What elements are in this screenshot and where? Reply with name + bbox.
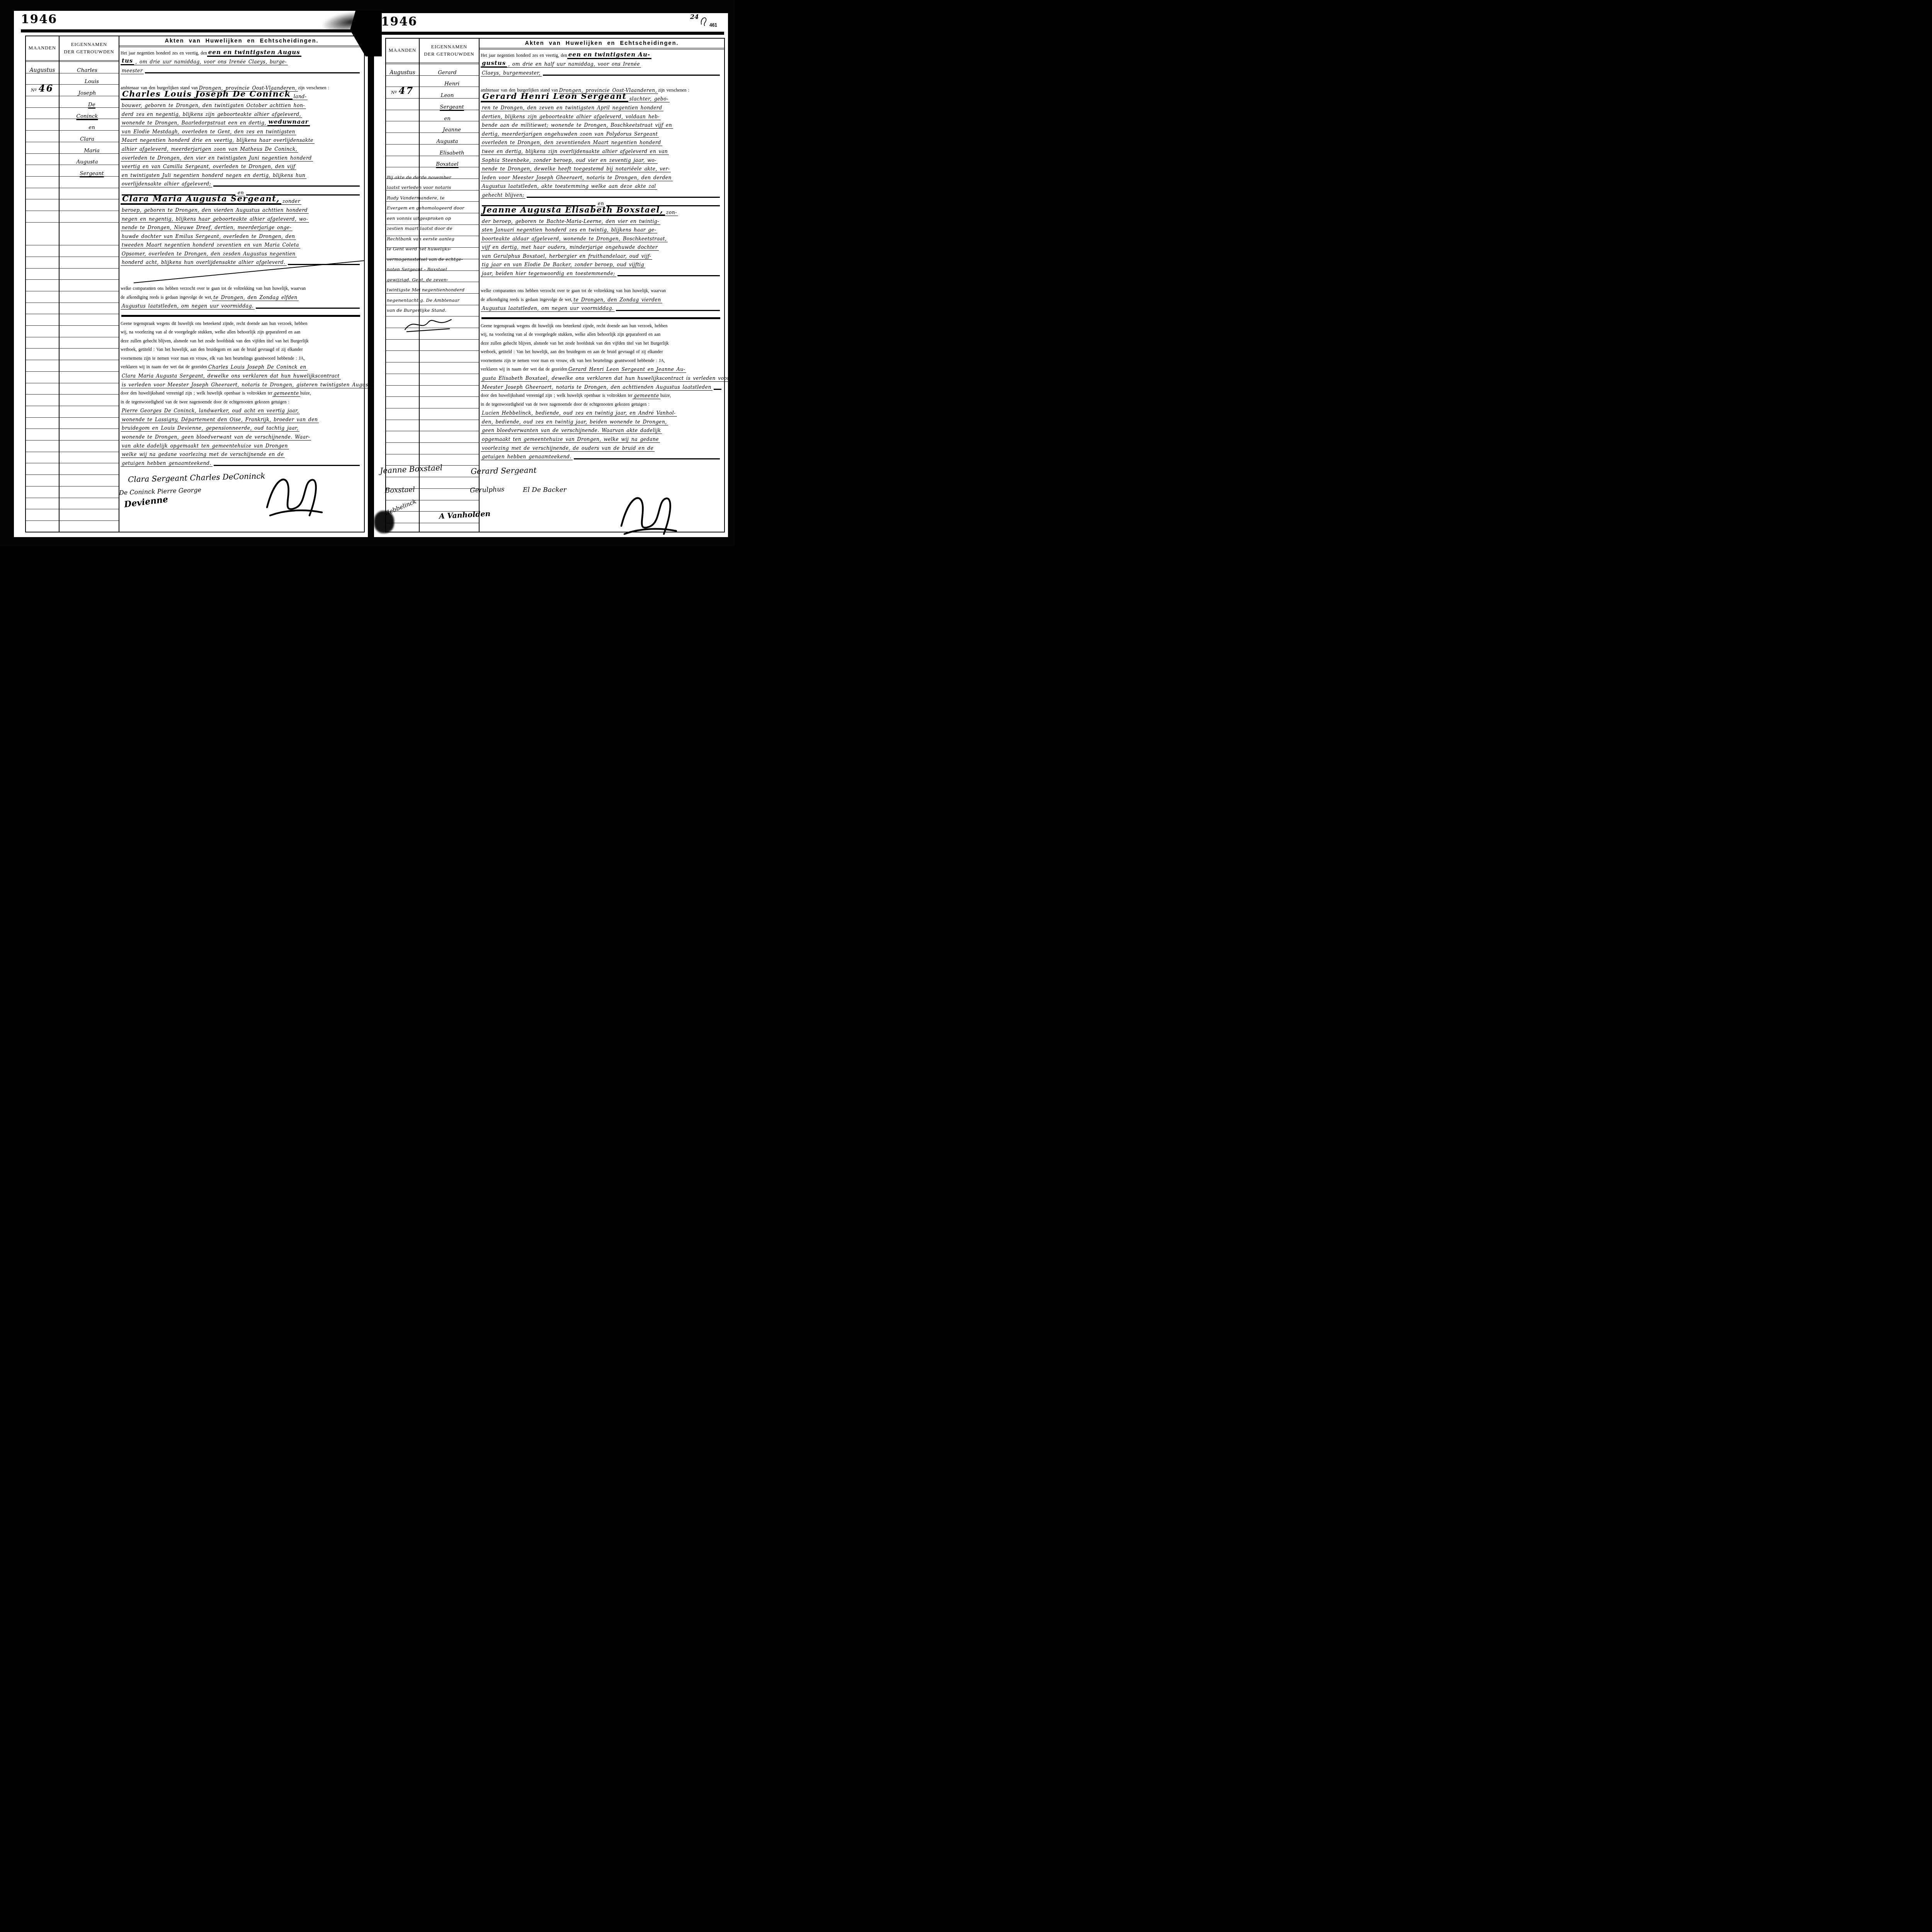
margin-note-line: gewijzigd. Gent, de zeven- xyxy=(387,272,476,282)
act-line: ren te Drongen, den zeven en twintigsten… xyxy=(481,102,721,111)
ink-blot xyxy=(374,511,394,533)
handwritten-text: derd zes en negentig, blijkens zijn gebo… xyxy=(121,111,302,118)
act-line: meester xyxy=(121,65,361,74)
act-line: gusta Elisabeth Boxstael, dewelke ons ve… xyxy=(481,373,721,382)
printed-text: door den huwelijksband vereenigd zijn ; … xyxy=(481,393,633,399)
act-line xyxy=(481,277,721,286)
ink-filler-line xyxy=(481,317,720,319)
act-line: Clara Maria Augusta Sergeant, dewelke on… xyxy=(121,371,361,379)
printed-text: de afkondiging reeds is gedaan ingevolge… xyxy=(481,298,572,303)
column-header-acts: Akten van Huwelijken en Echtscheidingen. xyxy=(119,36,364,47)
page-stamp-number: 461 xyxy=(709,22,717,28)
margin-note-line: een vonnis uitgesproken op xyxy=(387,211,476,221)
spouse-name: Louis xyxy=(62,73,121,85)
column-months-left: MAANDEN Augustus Nº 46 xyxy=(26,36,60,532)
printed-text: deze zullen gehecht blijven, alsmede van… xyxy=(481,341,669,347)
act-line: leden voor Meester Joseph Gheeraert, not… xyxy=(481,172,721,181)
act-line: en twintigsten Juli negentien honderd ne… xyxy=(121,170,361,179)
spouse-name: Maria xyxy=(62,142,121,154)
act-line: de afkondiging reeds is gedaan ingevolge… xyxy=(121,292,361,301)
act-line: Clara Maria Augusta Sergeant, zonder xyxy=(121,196,361,205)
act-line: Augustus laatstleden, om negen uur voorm… xyxy=(121,301,361,310)
column-header-months: MAANDEN xyxy=(26,36,59,62)
column-header-names-line1: EIGENNAMEN xyxy=(71,41,107,48)
ink-filler-line xyxy=(256,308,360,309)
page-left: 1946 MAANDEN Augustus Nº 46 EIGENNAMEN xyxy=(14,11,368,537)
spouse-name: Coninck xyxy=(58,108,117,119)
act-line: den, bediende, oud zes en twintig jaar, … xyxy=(481,417,721,425)
margin-note-line: vermogensstelsel van de echtge- xyxy=(387,252,476,262)
printed-text: welke comparanten ons hebben verzocht ov… xyxy=(121,286,306,292)
handwritten-text: wonende te Drongen, Baarledorpstraat een… xyxy=(121,120,267,126)
act-line: Augustus laatstleden, om negen uur voorm… xyxy=(481,303,721,312)
handwritten-text: tig jaar en van Elodie De Backer, zonder… xyxy=(481,262,645,268)
printed-text: wetboek, getiteld : Van het huwelijk, aa… xyxy=(481,350,663,355)
handwritten-text: Augustus laatstleden, akte toestemming w… xyxy=(481,183,657,190)
act-line: jaar, beiden hier tegenwoordig en toeste… xyxy=(481,268,721,277)
handwritten-text: zonder xyxy=(281,198,301,205)
printed-text: wij, na voorlezing van al de voorgelegde… xyxy=(481,332,660,338)
handwritten-text: welke wij na gedane voorlezing met de ve… xyxy=(121,451,285,458)
act-line xyxy=(481,77,721,85)
act-line xyxy=(121,310,361,318)
act-line: Claeys, burgemeester, xyxy=(481,68,721,77)
act-line: negen en negentig, blijkens haar geboort… xyxy=(121,214,361,223)
column-header-names-right: EIGENNAMEN DER GETROUWDEN xyxy=(420,39,479,64)
act-line: van akte dadelijk opgemaakt ten gemeente… xyxy=(121,440,361,449)
spouse-name: Sergeant xyxy=(62,165,121,177)
act-number-prefix: Nº xyxy=(31,88,37,93)
printed-text: verklaren wij in naam der wet dat de gez… xyxy=(121,365,207,371)
handwritten-text: land- xyxy=(293,94,308,100)
act-line: nende te Drongen, Nieuwe Dreef, dertien,… xyxy=(121,223,361,231)
act-line: Lucien Hebbelinck, bediende, oud zes en … xyxy=(481,408,721,417)
act-line xyxy=(121,275,361,284)
handwritten-text: overleden te Drongen, den zeventienden M… xyxy=(481,139,662,146)
act-line xyxy=(121,266,361,275)
handwritten-text: tus xyxy=(121,57,134,65)
ink-filler-line xyxy=(145,72,360,73)
act-line: van Gerulphus Boxstael, herbergier en fr… xyxy=(481,251,721,260)
handwritten-text: ren te Drongen, den zeven en twintigsten… xyxy=(481,105,663,111)
ink-filler-line xyxy=(616,310,720,311)
mayor-signature-flourish-right xyxy=(612,489,681,539)
act-line: Het jaar negentien honderd zes en veerti… xyxy=(121,48,361,57)
handwritten-text: Augustus laatstleden, om negen uur voorm… xyxy=(481,305,615,312)
handwritten-text: voorlezing met de verschijnende, de oude… xyxy=(481,445,655,452)
handwritten-text: huwde dochter van Emilus Sergeant, overl… xyxy=(121,233,296,240)
printed-text: wij, na voorlezing van al de voorgelegde… xyxy=(121,330,300,336)
act-line: dertig, meerderjarigen ongehuwden zoon v… xyxy=(481,129,721,138)
column-header-acts-label-right: Akten van Huwelijken en Echtscheidingen. xyxy=(525,40,679,46)
act-line: wetboek, getiteld : Van het huwelijk, aa… xyxy=(481,347,721,356)
handwritten-text: boorteakte aldaar afgeleverd, wonende te… xyxy=(481,236,668,242)
act-line: tig jaar en van Elodie De Backer, zonder… xyxy=(481,260,721,269)
act-line: Sophia Steenbeke, zonder beroep, oud vie… xyxy=(481,155,721,164)
printed-text: Geene tegenspraak wegens dit huwelijk on… xyxy=(481,324,667,330)
handwritten-text: dertien, blijkens zijn geboorteakte alhi… xyxy=(481,114,661,120)
act-line: bouwer, geboren te Drongen, den twintigs… xyxy=(121,100,361,109)
act-line: welke comparanten ons hebben verzocht ov… xyxy=(481,286,721,295)
act-line: overleden te Drongen, den vier en twinti… xyxy=(121,153,361,162)
act-line: verklaren wij in naam der wet dat de gez… xyxy=(481,364,721,373)
printed-text: voornemens zijn te nemen voor man en vro… xyxy=(481,359,665,364)
act-line: welke comparanten ons hebben verzocht ov… xyxy=(121,284,361,293)
handwritten-text: veertig en van Camilla Sergeant, overled… xyxy=(121,163,296,170)
handwritten-text: alhier afgeleverd, meerderjarigen zoon v… xyxy=(121,146,298,153)
act-body-right: Het jaar negentien honderd zes en veerti… xyxy=(480,49,724,532)
column-header-acts-label: Akten van Huwelijken en Echtscheidingen. xyxy=(165,38,318,44)
handwritten-text: te Drongen, den Zondag vierden xyxy=(572,297,662,303)
column-header-months-right: MAANDEN xyxy=(386,39,419,64)
handwritten-text: sten Januari negentien honderd zes en tw… xyxy=(481,227,657,233)
act-line: getuigen hebben genaamteekend. xyxy=(481,452,721,461)
act-text-right: Het jaar negentien honderd zes en veerti… xyxy=(480,49,724,460)
signature-groom: Gerard Sergeant xyxy=(471,466,537,476)
margin-note-line: te Gent werd het huwelijks- xyxy=(387,241,476,252)
act-line: is verleden voor Meester Joseph Gheeraer… xyxy=(121,379,361,388)
act-line: Geene tegenspraak wegens dit huwelijk on… xyxy=(121,318,361,327)
printed-text: in de tegenwoordigheid van de twee nagen… xyxy=(481,402,650,408)
handwritten-text: slachter, gebo- xyxy=(628,96,670,102)
handwritten-text: van Gerulphus Boxstael, herbergier en fr… xyxy=(481,253,652,260)
printed-text: zijn verschenen : xyxy=(298,86,329,92)
ink-filler-line xyxy=(121,315,360,317)
act-number-right: Nº 47 xyxy=(386,85,419,96)
handwritten-text: overlijdensakte alhier afgeleverd; xyxy=(121,181,212,187)
handwritten-text: Lucien Hebbelinck, bediende, oud zes en … xyxy=(481,410,677,417)
handwritten-text: gustus xyxy=(481,60,507,68)
handwritten-text: van Elodie Mestdagh, overleden te Gent, … xyxy=(121,129,296,135)
act-line: dertien, blijkens zijn geboorteakte alhi… xyxy=(481,111,721,120)
printed-text: huize, xyxy=(300,391,311,397)
printed-text: deze zullen gehecht blijven, alsmede van… xyxy=(121,339,309,345)
handwritten-text: en twintigsten Juli negentien honderd ne… xyxy=(121,172,306,179)
act-line: Opsomer, overleden te Drongen, den zesde… xyxy=(121,248,361,257)
printed-text: Het jaar negentien honderd zes en veerti… xyxy=(481,53,567,59)
handwritten-text: bouwer, geboren te Drongen, den twintigs… xyxy=(121,102,306,109)
printed-text: verklaren wij in naam der wet dat de gez… xyxy=(481,367,567,373)
margin-note-line: Rechtbank van eerste aanleg xyxy=(387,231,476,241)
margin-note-line: Evergem en gehomologeerd door xyxy=(387,201,476,211)
act-line: voornemens zijn te nemen voor man en vro… xyxy=(121,353,361,362)
spouse-name: Augusta xyxy=(418,133,477,145)
handwritten-text: leden voor Meester Joseph Gheeraert, not… xyxy=(481,175,673,181)
handwritten-text: negen en negentig, blijkens haar geboort… xyxy=(121,216,309,223)
official-signature-flourish xyxy=(403,315,453,333)
margin-note-line: zestien maart laatst door de xyxy=(387,221,476,231)
act-line: welke wij na gedane voorlezing met de ve… xyxy=(121,449,361,458)
act-line: overlijdensakte alhier afgeleverd; xyxy=(121,179,361,188)
spouse-name: Joseph xyxy=(58,85,117,96)
spouse-names-left: CharlesLouisJosephDeConinckenClaraMariaA… xyxy=(60,62,119,532)
act-line: Gerard Henri Leon Sergeant slachter, geb… xyxy=(481,94,721,103)
margin-note-line: Bij akte de derde november xyxy=(387,170,476,180)
handwritten-text: van akte dadelijk opgemaakt ten gemeente… xyxy=(121,443,289,449)
act-body-left: Het jaar negentien honderd zes en veerti… xyxy=(119,47,364,532)
column-header-months-label: MAANDEN xyxy=(29,44,56,52)
act-line: derd zes en negentig, blijkens zijn gebo… xyxy=(121,109,361,118)
act-line: huwde dochter van Emilus Sergeant, overl… xyxy=(121,231,361,240)
register-table-left: MAANDEN Augustus Nº 46 EIGENNAMEN DER GE… xyxy=(25,36,365,532)
act-line: Pierre Georges De Coninck, landwerker, o… xyxy=(121,406,361,415)
ink-filler-line xyxy=(574,458,720,459)
spouse-name: Boxstael xyxy=(418,156,477,168)
spouse-name: De xyxy=(62,96,121,108)
handwritten-text: Gerard Henri Leon Sergeant en Jeanne Au- xyxy=(567,366,686,373)
handwritten-text: geen bloedverwanten van de verschijnende… xyxy=(481,427,662,434)
handwritten-text: Jeanne Augusta Elisabeth Boxstael, xyxy=(481,205,665,216)
column-act-left: Akten van Huwelijken en Echtscheidingen.… xyxy=(119,36,364,532)
handwritten-text: , om drie en half uur namiddag, voor ons… xyxy=(507,61,641,68)
act-line: wetboek, getiteld : Van het huwelijk, aa… xyxy=(121,345,361,354)
printed-text: in de tegenwoordigheid van de twee nagen… xyxy=(121,400,289,406)
margin-note-line: noten Sergeant - Boxstael xyxy=(387,262,476,272)
act-line: wij, na voorlezing van al de voorgelegde… xyxy=(481,330,721,338)
scanned-register-spread: 1946 MAANDEN Augustus Nº 46 EIGENNAMEN xyxy=(0,0,735,546)
handwritten-text: een en twintigsten Augus xyxy=(207,49,301,57)
act-line: geen bloedverwanten van de verschijnende… xyxy=(481,425,721,434)
column-names-left: EIGENNAMEN DER GETROUWDEN CharlesLouisJo… xyxy=(60,36,119,532)
act-line: voorlezing met de verschijnende, de oude… xyxy=(481,443,721,452)
handwritten-text: Claeys, burgemeester, xyxy=(481,70,542,77)
handwritten-text: wonende te Lassigny, Département den Ois… xyxy=(121,417,319,423)
act-line xyxy=(121,74,361,83)
column-header-names-line2: DER GETROUWDEN xyxy=(64,48,114,56)
act-line: wonende te Lassigny, Département den Ois… xyxy=(121,414,361,423)
year-label-right: 1946 xyxy=(381,15,417,29)
page-number-handwritten: 24 xyxy=(690,13,699,20)
act-line: bruidegom en Louis Devienne, gepensionne… xyxy=(121,423,361,432)
column-header-names-line2-right: DER GETROUWDEN xyxy=(424,51,474,58)
months-body-left: Augustus Nº 46 xyxy=(26,62,59,532)
handwritten-text: weduwnaar xyxy=(267,118,310,126)
act-line: in de tegenwoordigheid van de twee nagen… xyxy=(121,397,361,406)
handwritten-text: jaar, beiden hier tegenwoordig en toeste… xyxy=(481,270,616,277)
mayor-signature-flourish xyxy=(257,471,327,521)
month-entry-right: Augustus xyxy=(386,64,419,76)
printed-text: welke comparanten ons hebben verzocht ov… xyxy=(481,289,666,294)
handwritten-text: Augustus laatstleden, om negen uur voorm… xyxy=(121,303,255,310)
act-line: Jeanne Augusta Elisabeth Boxstael, zon- xyxy=(481,207,721,216)
spouse-name: Charles xyxy=(58,62,117,73)
act-number-value-right: 47 xyxy=(399,85,414,96)
act-line: de afkondiging reeds is gedaan ingevolge… xyxy=(481,294,721,303)
ink-filler-line xyxy=(714,389,721,390)
handwritten-text: nende te Drongen, dewelke heeft toegeste… xyxy=(481,166,671,172)
printed-text: de afkondiging reeds is gedaan ingevolge… xyxy=(121,295,212,301)
act-line: deze zullen gehecht blijven, alsmede van… xyxy=(121,336,361,345)
act-line: beroep, geboren te Drongen, den vierden … xyxy=(121,205,361,214)
month-entry: Augustus xyxy=(26,62,59,73)
act-line: door den huwelijksband vereenigd zijn ; … xyxy=(481,391,721,400)
handwritten-text: der beroep, geboren te Bachte-Maria-Leer… xyxy=(481,218,660,225)
act-number: Nº 46 xyxy=(26,83,59,94)
act-line: wij, na voorlezing van al de voorgelegde… xyxy=(121,327,361,336)
handwritten-text: twee en dertig, blijkens zijn overlijden… xyxy=(481,148,669,155)
margin-note-line: twintigste Mei negentienhonderd xyxy=(387,282,476,293)
handwritten-text: gehecht blijven; xyxy=(481,192,526,199)
printed-text: Geene tegenspraak wegens dit huwelijk on… xyxy=(121,321,307,327)
column-header-months-label-right: MAANDEN xyxy=(389,47,416,54)
act-line: Augustus laatstleden, akte toestemming w… xyxy=(481,181,721,190)
ink-filler-line xyxy=(617,275,720,276)
handwritten-text: Meester Joseph Gheeraert, notaris te Dro… xyxy=(481,384,713,391)
handwritten-text: meester xyxy=(121,68,144,74)
handwritten-text: Charles Louis Joseph De Coninck en xyxy=(207,364,308,371)
handwritten-text: opgemaakt ten gemeentehuize van Drongen,… xyxy=(481,436,660,443)
act-line: gehecht blijven; xyxy=(481,190,721,199)
act-line: door den huwelijksband vereenigd zijn ; … xyxy=(121,388,361,397)
act-number-prefix-right: Nº xyxy=(391,90,397,95)
handwritten-text: Pierre Georges De Coninck, landwerker, o… xyxy=(121,408,300,414)
header-rule-left xyxy=(21,29,364,32)
printed-text: zijn verschenen : xyxy=(658,88,689,94)
spouse-name: Leon xyxy=(418,87,477,99)
act-line: Geene tegenspraak wegens dit huwelijk on… xyxy=(481,321,721,330)
handwritten-text: een en twintigsten Au- xyxy=(567,51,651,59)
header-rule-right xyxy=(381,32,724,35)
act-line: tus, om drie uur namiddag, voor ons Iren… xyxy=(121,57,361,66)
handwritten-text: zon- xyxy=(665,209,678,216)
handwritten-text: Gerard Henri Leon Sergeant xyxy=(481,91,628,102)
column-act-right: Akten van Huwelijken en Echtscheidingen.… xyxy=(480,39,724,532)
margin-note-line: van de Burgerlijke Stand. xyxy=(387,303,476,313)
spouse-name: en xyxy=(418,110,477,122)
signature-father-bride: Boxstael xyxy=(385,486,415,495)
signature-mother-bride: El De Backer xyxy=(523,486,566,494)
column-header-names-line1-right: EIGENNAMEN xyxy=(431,43,467,51)
spouse-name: Elisabeth xyxy=(422,145,481,156)
act-line: getuigen hebben genaamteekend. xyxy=(121,458,361,467)
printed-text: door den huwelijksband vereenigd zijn ; … xyxy=(121,391,272,397)
spouse-name: Sergeant xyxy=(422,99,481,110)
handwritten-text: Clara Maria Augusta Sergeant, dewelke on… xyxy=(121,373,341,379)
handwritten-text: tweeden Maart negentien honderd zeventie… xyxy=(121,242,300,248)
act-line: der beroep, geboren te Bachte-Maria-Leer… xyxy=(481,216,721,225)
handwritten-text: Clara Maria Augusta Sergeant, xyxy=(121,194,281,205)
act-line: boorteakte aldaar afgeleverd, wonende te… xyxy=(481,233,721,242)
printed-text: huize, xyxy=(660,393,671,399)
handwritten-text: Charles Louis Joseph De Coninck xyxy=(121,89,293,100)
act-line: alhier afgeleverd, meerderjarigen zoon v… xyxy=(121,144,361,153)
act-line: vijf en dertig, met haar ouders, minderj… xyxy=(481,242,721,251)
handwritten-text: den, bediende, oud zes en twintig jaar, … xyxy=(481,419,668,425)
handwritten-text: getuigen hebben genaamteekend. xyxy=(121,460,213,467)
handwritten-text: , om drie uur namiddag, voor ons Irenée … xyxy=(134,59,288,65)
handwritten-text: Opsomer, overleden te Drongen, den zesde… xyxy=(121,251,297,257)
act-line: van Elodie Mestdagh, overleden te Gent, … xyxy=(121,126,361,135)
margin-note-line: laatst verleden voor notaris xyxy=(387,180,476,190)
spouse-name: en xyxy=(62,119,121,131)
margin-note-line: negenentachtig. De Ambtenaar xyxy=(387,293,476,303)
margin-note-line: Rudy Vandermandere, te xyxy=(387,190,476,201)
printed-text: wetboek, getiteld : Van het huwelijk, aa… xyxy=(121,347,303,353)
act-line: Maart negentien honderd drie en veertig,… xyxy=(121,135,361,144)
act-line: deze zullen gehecht blijven, alsmede van… xyxy=(481,338,721,347)
act-line: Meester Joseph Gheeraert, notaris te Dro… xyxy=(481,382,721,391)
spouse-name: Clara xyxy=(58,131,117,142)
handwritten-text: dertig, meerderjarigen ongehuwden zoon v… xyxy=(481,131,659,138)
printed-text: voornemens zijn te nemen voor man en vro… xyxy=(121,356,305,362)
act-line: bende aan de militiewet; wonende te Dron… xyxy=(481,120,721,129)
handwritten-text: nende te Drongen, Nieuwe Dreef, dertien,… xyxy=(121,224,293,231)
year-label-left: 1946 xyxy=(21,12,57,26)
handwritten-text: gusta Elisabeth Boxstael, dewelke ons ve… xyxy=(481,375,731,382)
handwritten-text: te Drongen, den Zondag elfden xyxy=(212,294,299,301)
handwritten-text: gemeente xyxy=(272,390,300,397)
act-line: gustus, om drie en half uur namiddag, vo… xyxy=(481,59,721,68)
corner-paraph-flourish xyxy=(699,15,709,27)
handwritten-text: gemeente xyxy=(633,393,660,399)
act-line: Charles Louis Joseph De Coninck land- xyxy=(121,92,361,100)
handwritten-text: Sophia Steenbeke, zonder beroep, oud vie… xyxy=(481,157,658,164)
act-text-left: Het jaar negentien honderd zes en veerti… xyxy=(119,47,364,467)
ink-filler-line xyxy=(543,75,720,76)
act-line: sten Januari negentien honderd zes en tw… xyxy=(481,225,721,234)
handwritten-text: getuigen hebben genaamteekend. xyxy=(481,454,573,460)
ink-filler-line xyxy=(527,197,720,198)
handwritten-text: Maart negentien honderd drie en veertig,… xyxy=(121,137,315,144)
act-line: tweeden Maart negentien honderd zeventie… xyxy=(121,240,361,249)
ink-filler-line xyxy=(213,185,360,187)
act-line: voornemens zijn te nemen voor man en vro… xyxy=(481,355,721,364)
handwritten-text: beroep, geboren te Drongen, den vierden … xyxy=(121,207,309,214)
act-line: wonende te Drongen, Baarledorpstraat een… xyxy=(121,118,361,127)
act-line: veertig en van Camilla Sergeant, overled… xyxy=(121,162,361,170)
spouse-name: Henri xyxy=(422,76,481,87)
column-header-names: EIGENNAMEN DER GETROUWDEN xyxy=(60,36,119,62)
handwritten-text: is verleden voor Meester Joseph Gheeraer… xyxy=(121,382,378,388)
spouse-name: Augusta xyxy=(58,154,117,165)
act-line: in de tegenwoordigheid van de twee nagen… xyxy=(481,399,721,408)
spouse-name: Jeanne xyxy=(422,122,481,133)
handwritten-text: wonende te Drongen, geen bloedverwant va… xyxy=(121,434,311,440)
act-line: Het jaar negentien honderd zes en veerti… xyxy=(481,50,721,59)
act-line: twee en dertig, blijkens zijn overlijden… xyxy=(481,146,721,155)
handwritten-text: vijf en dertig, met haar ouders, minderj… xyxy=(481,244,659,251)
act-line: overleden te Drongen, den zeventienden M… xyxy=(481,138,721,146)
margin-note-lines: Bij akte de derde novemberlaatst verlede… xyxy=(387,170,476,313)
column-header-acts-right: Akten van Huwelijken en Echtscheidingen. xyxy=(480,39,724,49)
printed-text: Het jaar negentien honderd zes en veerti… xyxy=(121,51,207,57)
ink-filler-line xyxy=(214,465,360,466)
marginal-annotation: Bij akte de derde novemberlaatst verlede… xyxy=(387,170,476,335)
act-line xyxy=(481,312,721,321)
signature-gerulphus: Gerulphus xyxy=(470,485,505,494)
page-right: 1946 24 461 MAANDEN Augustus Nº 47 xyxy=(374,13,728,537)
handwritten-text: bruidegom en Louis Devienne, gepensionne… xyxy=(121,425,299,432)
act-line: nende te Drongen, dewelke heeft toegeste… xyxy=(481,164,721,173)
act-number-value: 46 xyxy=(39,83,54,94)
act-line: opgemaakt ten gemeentehuize van Drongen,… xyxy=(481,434,721,443)
act-line: wonende te Drongen, geen bloedverwant va… xyxy=(121,432,361,440)
handwritten-text: overleden te Drongen, den vier en twinti… xyxy=(121,155,313,162)
handwritten-text: bende aan de militiewet; wonende te Dron… xyxy=(481,122,673,129)
spouse-name: Gerard xyxy=(418,64,477,76)
act-line: verklaren wij in naam der wet dat de gez… xyxy=(121,362,361,371)
handwritten-text: honderd acht, blijkens hun overlijdensak… xyxy=(121,259,287,266)
